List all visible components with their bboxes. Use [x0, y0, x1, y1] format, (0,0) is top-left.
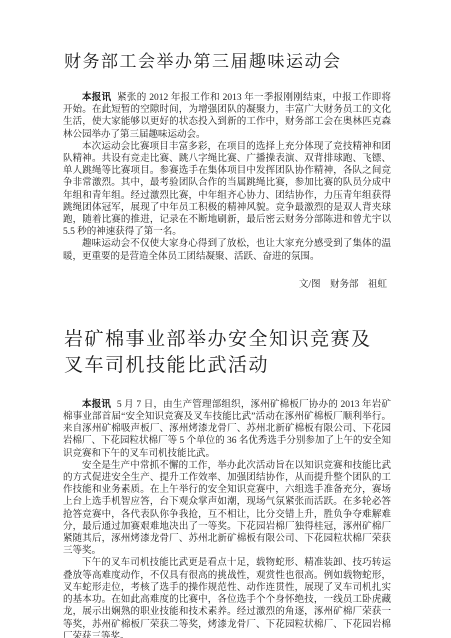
dateline-label: 本报讯 — [82, 400, 111, 410]
article-1-paragraph-3: 趣味运动会不仅使大家身心得到了放松，也让大家充分感受到了集体的温暖，更重要的是营… — [63, 238, 391, 262]
article-sports-meeting: 财务部工会举办第三届趣味运动会 本报讯紧张的 2012 年报工作和 2013 年… — [63, 50, 391, 291]
paragraph-text: 5 月 7 日，由生产管理部组织，涿州矿棉板厂协办的 2013 年岩矿棉事业部首… — [63, 400, 391, 459]
article-2-paragraph-1: 本报讯5 月 7 日，由生产管理部组织，涿州矿棉板厂协办的 2013 年岩矿棉事… — [63, 399, 391, 460]
article-1-paragraph-2: 本次运动会比赛项目丰富多彩，在项目的选择上充分体现了竞技精神和团队精神。共设有竞… — [63, 141, 391, 239]
paragraph-text: 安全是生产中常抓不懈的工作，举办此次活动旨在以知识竞赛和技能比武的方式促进安全生… — [63, 461, 391, 556]
newsletter-page: 财务部工会举办第三届趣味运动会 本报讯紧张的 2012 年报工作和 2013 年… — [0, 0, 451, 638]
article-1-byline: 文/图 财务部 祖虹 — [63, 279, 387, 291]
article-2-paragraph-3: 下午的叉车司机技能比武更是看点十足，载物蛇形、精准装卸、技巧转运叠放等高难度动作… — [63, 557, 391, 638]
article-2-title: 岩矿棉事业部举办安全知识竞赛及叉车司机技能比武活动 — [64, 327, 391, 379]
article-2-paragraph-2: 安全是生产中常抓不懈的工作，举办此次活动旨在以知识竞赛和技能比武的方式促进安全生… — [63, 460, 391, 558]
article-1-paragraph-1: 本报讯紧张的 2012 年报工作和 2013 年一季报刚刚结束，中报工作即将开始… — [63, 92, 391, 141]
paragraph-text: 趣味运动会不仅使大家身心得到了放松，也让大家充分感受到了集体的温暖，更重要的是营… — [63, 239, 391, 261]
dateline-label: 本报讯 — [82, 93, 111, 103]
article-1-title: 财务部工会举办第三届趣味运动会 — [64, 50, 391, 74]
paragraph-text: 下午的叉车司机技能比武更是看点十足，载物蛇形、精准装卸、技巧转运叠放等高难度动作… — [63, 558, 391, 638]
paragraph-text: 紧张的 2012 年报工作和 2013 年一季报刚刚结束，中报工作即将开始。在此… — [63, 93, 391, 140]
paragraph-text: 本次运动会比赛项目丰富多彩，在项目的选择上充分体现了竞技精神和团队精神。共设有竞… — [63, 142, 391, 237]
article-safety-competition: 岩矿棉事业部举办安全知识竞赛及叉车司机技能比武活动 本报讯5 月 7 日，由生产… — [63, 327, 391, 638]
